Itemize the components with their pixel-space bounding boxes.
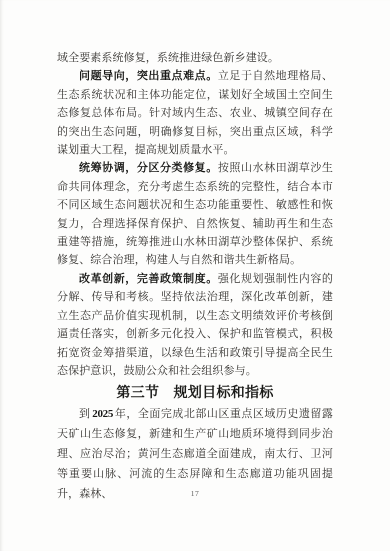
paragraph-lead-bold: 改革创新，完善政策制度。 xyxy=(79,273,218,285)
paragraph-text: 强化规划强制性内容的分解、传导和考核。坚持依法治理，深化改革创新，建立生态产品价… xyxy=(57,273,333,377)
year-number: 2025 xyxy=(92,408,113,420)
paragraph-text: 立足于自然地理格局、生态系统状况和主体功能定位，谋划好全域国土空间生态修复总体布… xyxy=(57,70,333,156)
paragraph-lead-bold: 问题导向，突出重点难点。 xyxy=(79,70,218,82)
paragraph-principle-1: 问题导向，突出重点难点。立足于自然地理格局、生态系统状况和主体功能定位，谋划好全… xyxy=(57,67,333,159)
target-prefix-text: 到 xyxy=(79,408,92,420)
section-heading: 第三节 规划目标和指标 xyxy=(57,382,333,404)
page-body: 域全要素系统修复，系统推进绿色新乡建设。 问题导向，突出重点难点。立足于自然地理… xyxy=(57,49,333,504)
paragraph-text: 按照山水林田湖草沙生命共同体理念，充分考虑生态系统的完整性，结合本市不同区域生态… xyxy=(57,162,333,266)
page-number: 17 xyxy=(0,489,390,499)
paragraph-lead-bold: 统筹协调，分区分类修复。 xyxy=(79,162,218,174)
paragraph-principle-3: 改革创新，完善政策制度。强化规划强制性内容的分解、传导和考核。坚持依法治理，深化… xyxy=(57,270,333,380)
paragraph-principle-2: 统筹协调，分区分类修复。按照山水林田湖草沙生命共同体理念，充分考虑生态系统的完整… xyxy=(57,159,333,269)
target-suffix-text: 年，全面完成北部山区重点区域历史遗留露天矿山生态修复，新建和生产矿山地质环境得到… xyxy=(57,408,333,499)
document-page: 域全要素系统修复，系统推进绿色新乡建设。 问题导向，突出重点难点。立足于自然地理… xyxy=(0,0,390,551)
paragraph-continuation: 域全要素系统修复，系统推进绿色新乡建设。 xyxy=(57,49,333,67)
